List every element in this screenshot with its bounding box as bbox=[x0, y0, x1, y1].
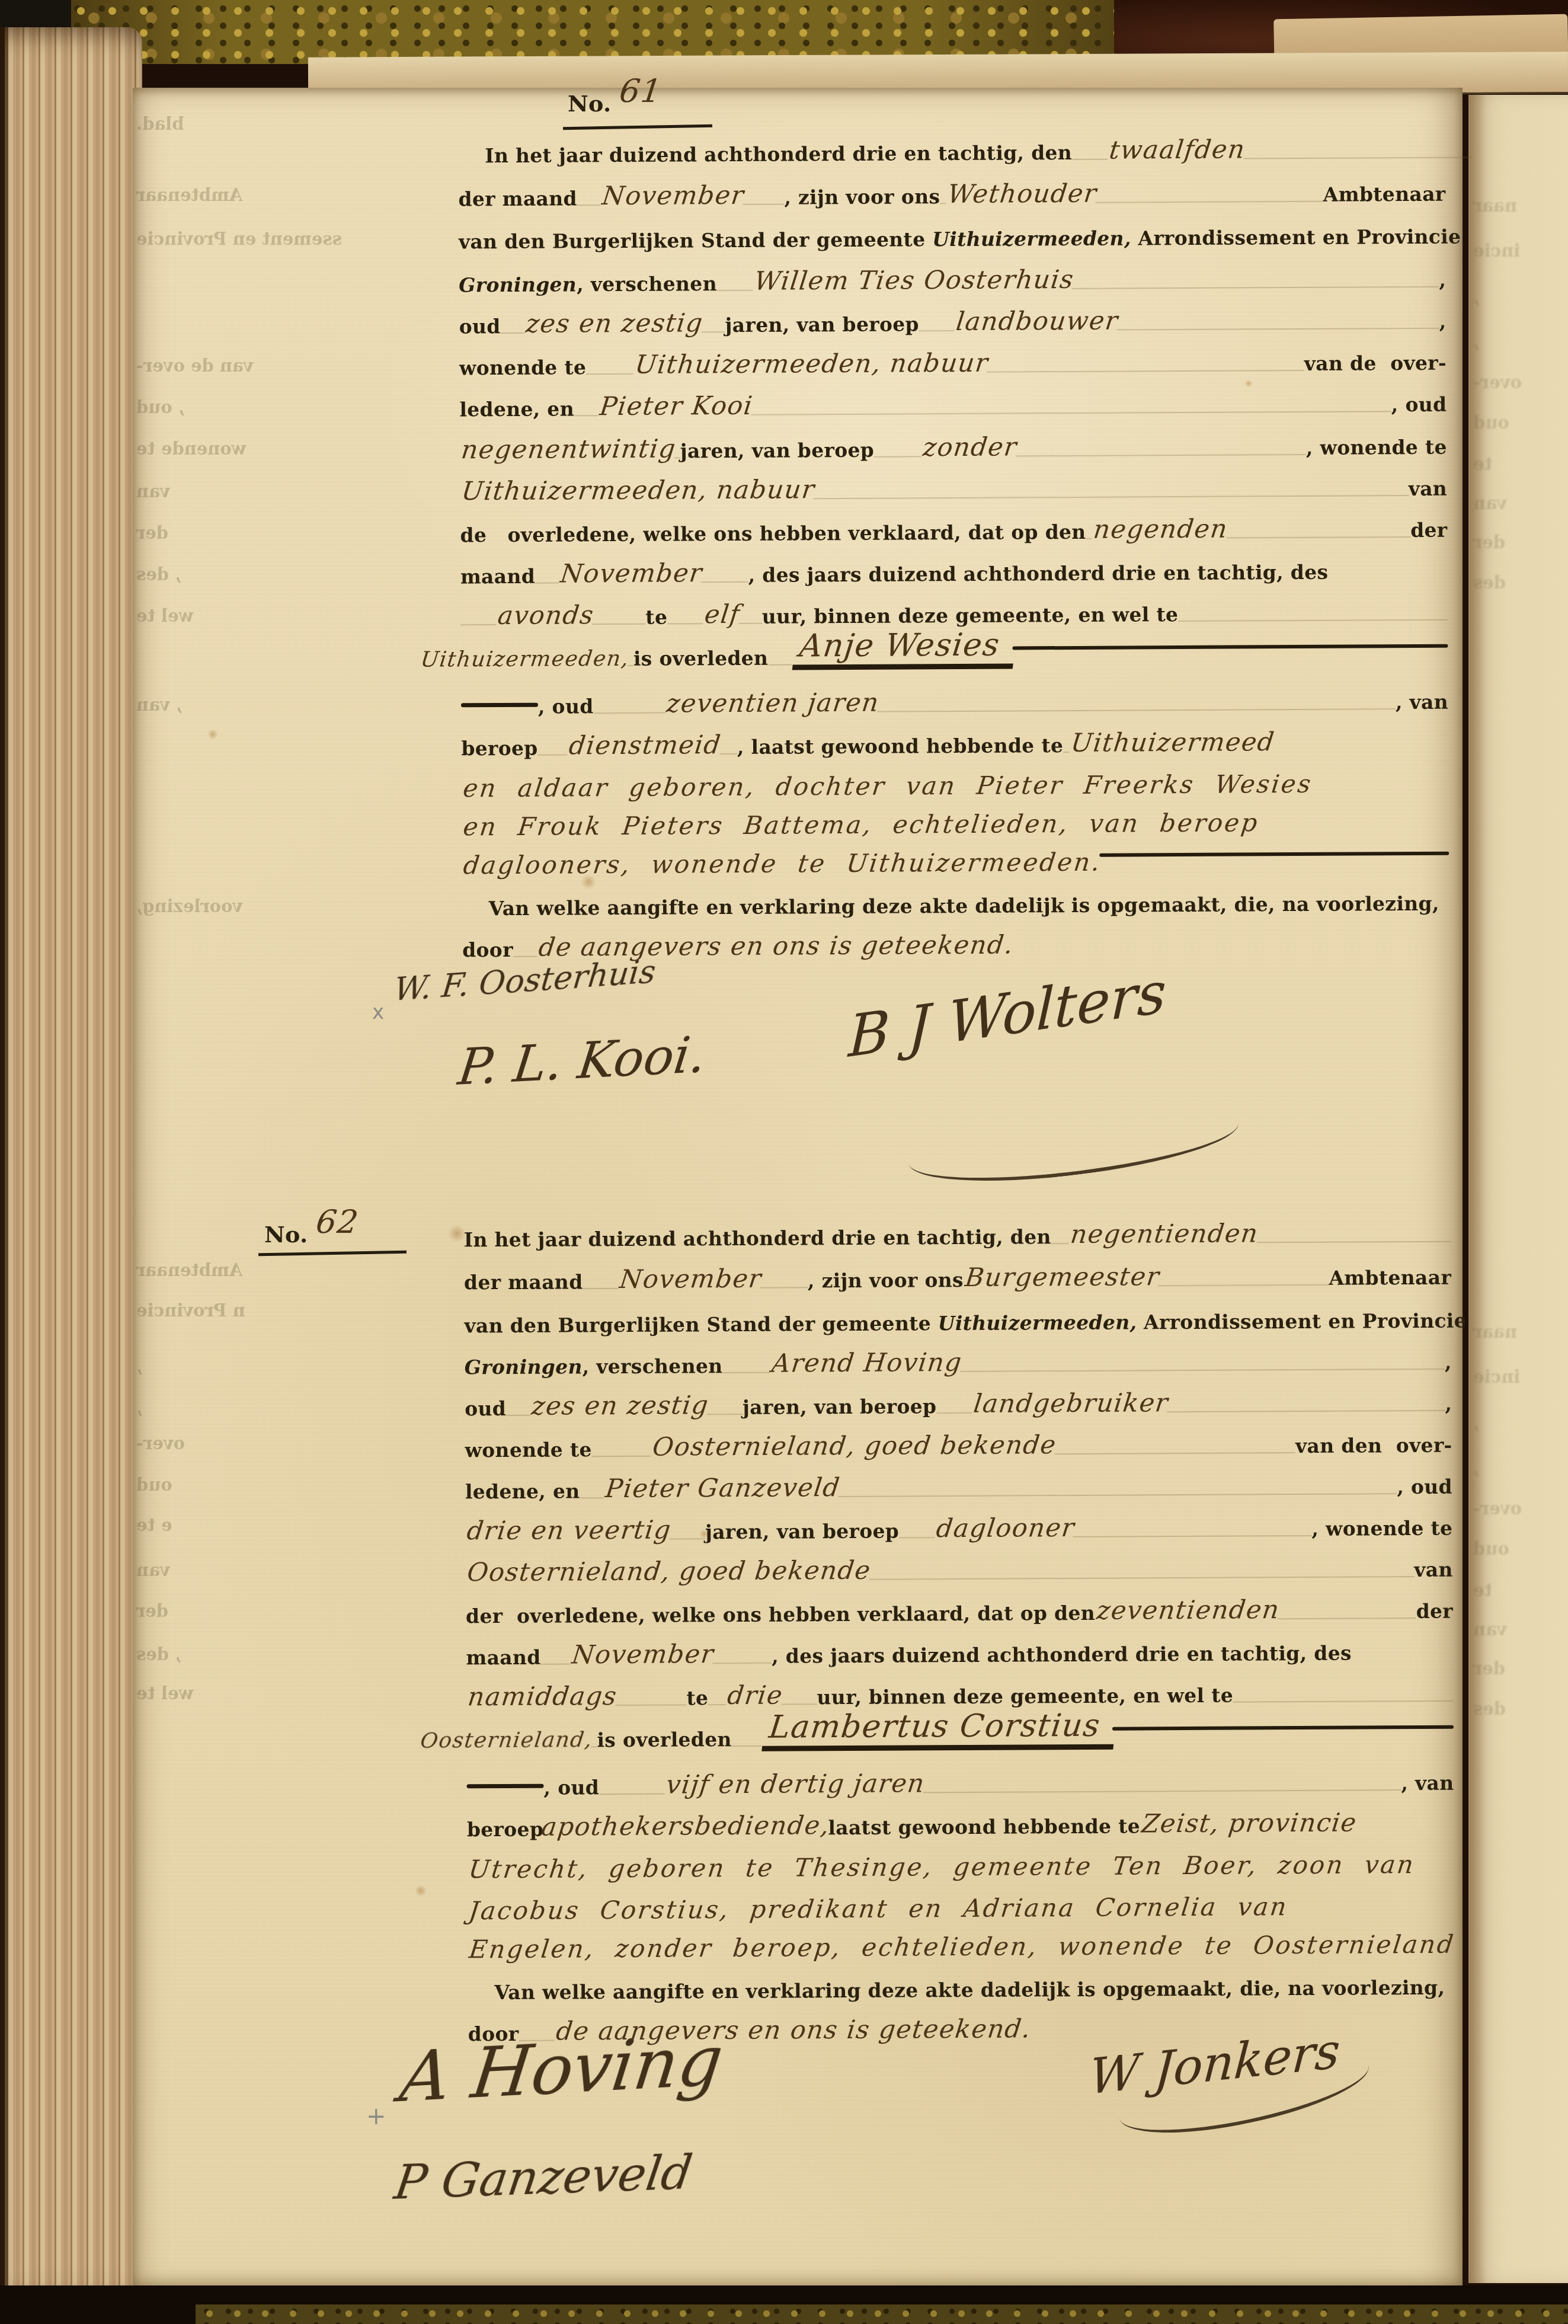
printed-text: , bbox=[1445, 1351, 1452, 1374]
printed-text: Ambtenaar bbox=[1329, 1266, 1451, 1290]
printed-text: , verschenen bbox=[583, 1354, 723, 1379]
handwritten-text: November bbox=[619, 1265, 764, 1294]
field-rule bbox=[708, 1704, 726, 1705]
field-rule bbox=[580, 1497, 604, 1498]
bleedthrough-text: oud bbox=[1473, 1539, 1509, 1559]
field-rule bbox=[923, 1789, 1401, 1793]
field-rule bbox=[541, 1663, 571, 1664]
signature: P Ganzeveld bbox=[391, 2144, 696, 2210]
foxing-spot bbox=[415, 1885, 427, 1897]
field-rule bbox=[869, 1576, 1415, 1580]
form-line: Utrecht, geboren te Thesinge, gemeente T… bbox=[467, 1843, 1454, 1884]
form-line: beroepapothekersbediende,laatst gewoond … bbox=[467, 1801, 1454, 1842]
printed-text: van bbox=[1414, 1558, 1453, 1582]
printed-text: der maand bbox=[464, 1271, 583, 1295]
form-line: Jacobus Corstius, predikant en Adriana C… bbox=[467, 1884, 1454, 1925]
printed-text: , oud bbox=[543, 1776, 599, 1800]
handwritten-text: drie bbox=[726, 1682, 785, 1710]
field-rule bbox=[1256, 1241, 1451, 1243]
handwritten-text: November bbox=[571, 1641, 716, 1670]
handwritten-text: Jacobus Corstius, predikant en Adriana C… bbox=[468, 1893, 1289, 1925]
printed-text: Arrondissement en Provincie bbox=[1137, 1309, 1467, 1335]
printed-text: jaren, van beroep bbox=[743, 1395, 937, 1420]
field-rule bbox=[732, 1746, 761, 1747]
bleedthrough-text: , bbox=[1473, 1413, 1479, 1433]
printed-text: wonende te bbox=[465, 1438, 591, 1463]
bleedthrough-text: , des bbox=[136, 1644, 181, 1664]
bleedthrough-right-lower: naarincie,,over-oudtevanderdes bbox=[1473, 0, 1562, 2324]
field-rule bbox=[1073, 1535, 1312, 1537]
field-rule bbox=[592, 1456, 651, 1457]
handwritten-text: negentienden bbox=[1069, 1220, 1260, 1249]
handwritten-text: drie en veertig bbox=[465, 1516, 673, 1545]
handwritten-text: zes en zestig bbox=[530, 1392, 710, 1421]
record-number-label: No. bbox=[264, 1221, 308, 1248]
handwritten-text: Oosternieland, goed bekende bbox=[466, 1556, 873, 1587]
printed-text: der overledene, welke ons hebben verklaa… bbox=[466, 1601, 1095, 1628]
field-rule bbox=[1158, 1284, 1329, 1287]
pencil-mark: x bbox=[372, 1000, 384, 1024]
pencil-mark: + bbox=[366, 2103, 386, 2130]
left-page-stack-edge bbox=[0, 27, 142, 2313]
printed-text: uur, binnen deze gemeente, en wel te bbox=[817, 1684, 1233, 1709]
bleedthrough-text: over- bbox=[136, 1433, 185, 1453]
field-rule bbox=[1167, 1410, 1445, 1412]
printed-text: , oud bbox=[1397, 1475, 1452, 1499]
printed-text: In het jaar duizend achthonderd drie en … bbox=[464, 1226, 1051, 1252]
form-line: , oudvijf en dertig jaren, van bbox=[466, 1760, 1454, 1801]
ink-dash bbox=[466, 1784, 543, 1789]
printed-text: , zijn voor ons bbox=[808, 1268, 964, 1293]
bleedthrough-text: des bbox=[1473, 1699, 1506, 1719]
handwritten-text: Utrecht, geboren te Thesinge, gemeente T… bbox=[467, 1851, 1416, 1884]
bleedthrough-text: , bbox=[1473, 1458, 1479, 1478]
handwritten-text: Zeist, provincie bbox=[1140, 1809, 1358, 1838]
printed-text: , bbox=[1445, 1392, 1452, 1416]
bleedthrough-text: incie bbox=[1473, 1367, 1520, 1387]
bleedthrough-text: naar bbox=[1473, 1322, 1517, 1342]
printed-text: is overleden bbox=[597, 1728, 732, 1752]
field-rule bbox=[591, 1746, 597, 1747]
printed-text: jaren, van beroep bbox=[705, 1520, 900, 1544]
handwritten-text: Oosternieland, goed bekende bbox=[651, 1431, 1058, 1462]
field-rule bbox=[1233, 1700, 1454, 1703]
form-line: In het jaar duizend achthonderd drie en … bbox=[463, 1211, 1451, 1252]
form-line: namiddagstedrieuur, binnen deze gemeente… bbox=[466, 1671, 1454, 1712]
bleedthrough-text: oud bbox=[136, 1475, 172, 1495]
scanned-register-page: blad.Ambtenaarssement en Provincievan de… bbox=[0, 0, 1568, 2324]
bleedthrough-text: te bbox=[1473, 1580, 1492, 1600]
printed-text: , des jaars duizend achthonderd drie en … bbox=[772, 1642, 1352, 1668]
field-rule bbox=[960, 1369, 1445, 1372]
field-rule bbox=[1051, 1243, 1069, 1244]
handwritten-text: vijf en dertig jaren bbox=[664, 1770, 926, 1799]
foxing-spot bbox=[448, 1225, 466, 1242]
bleedthrough-text: der bbox=[136, 1601, 168, 1621]
field-rule bbox=[670, 1538, 705, 1539]
handwritten-text: Engelen, zonder beroep, echtelieden, won… bbox=[468, 1930, 1457, 1963]
field-rule bbox=[712, 1663, 772, 1664]
handwritten-text: Lambertus Corstius bbox=[761, 1708, 1118, 1751]
printed-text: van den Burgerlijken Stand der gemeente bbox=[464, 1312, 938, 1338]
printed-text: , wonende te bbox=[1311, 1517, 1452, 1541]
bleedthrough-text: der bbox=[1473, 1658, 1505, 1679]
field-rule bbox=[506, 1415, 530, 1416]
printed-text: der bbox=[1416, 1600, 1454, 1623]
field-rule bbox=[899, 1537, 935, 1538]
printed-text: Groningen bbox=[465, 1356, 583, 1380]
printed-text: Uithuizermeeden, bbox=[938, 1311, 1137, 1335]
field-rule bbox=[615, 1704, 686, 1706]
printed-text: Van welke aangifte en verklaring deze ak… bbox=[494, 1976, 1445, 2005]
form-line: van den Burgerlijken Stand der gemeente … bbox=[464, 1297, 1451, 1338]
field-rule bbox=[599, 1794, 664, 1795]
form-line: ledene, enPieter Ganzeveld, oud bbox=[465, 1463, 1452, 1504]
handwritten-text: daglooner bbox=[935, 1514, 1076, 1543]
bleedthrough-text: , bbox=[136, 1356, 142, 1376]
printed-text: , van bbox=[1401, 1772, 1454, 1795]
handwritten-text: Burgemeester bbox=[964, 1263, 1161, 1292]
record-number-62: No.62 bbox=[264, 1214, 356, 1249]
ink-dash bbox=[1112, 1725, 1454, 1731]
bleedthrough-text: , bbox=[136, 1398, 142, 1418]
record-number-value: 62 bbox=[314, 1204, 361, 1239]
form-line: maandNovember, des jaars duizend achthon… bbox=[466, 1629, 1453, 1670]
bleedthrough-text: n Provincie bbox=[136, 1300, 245, 1321]
form-line: der overledene, welke ons hebben verklaa… bbox=[466, 1588, 1453, 1629]
bleedthrough-left-lower: Ambtenaarn Provincie,,over-oude tevander… bbox=[136, 0, 361, 2324]
bleedthrough-text: wel te bbox=[136, 1683, 193, 1703]
printed-text: laatst gewoond hebbende te bbox=[828, 1815, 1140, 1840]
form-line: oudzes en zestigjaren, van beroeplandgeb… bbox=[465, 1380, 1452, 1421]
printed-text: beroep bbox=[467, 1818, 544, 1842]
printed-text: te bbox=[686, 1687, 708, 1711]
handwritten-text: apothekersbediende, bbox=[540, 1812, 831, 1842]
form-line: Engelen, zonder beroep, echtelieden, won… bbox=[468, 1923, 1455, 1964]
handwritten-text: landgebruiker bbox=[972, 1389, 1170, 1418]
bleedthrough-text: over- bbox=[1473, 1498, 1522, 1519]
form-line: Oosternieland, goed bekendevan bbox=[465, 1546, 1452, 1587]
field-rule bbox=[583, 1288, 619, 1289]
field-rule bbox=[707, 1414, 743, 1415]
handwritten-text: namiddags bbox=[466, 1683, 619, 1712]
handwritten-text: zeventienden bbox=[1095, 1596, 1281, 1625]
form-line: wonende teOosternieland, goed bekendevan… bbox=[465, 1422, 1452, 1463]
field-rule bbox=[936, 1412, 972, 1414]
handwritten-text: Oosternieland, bbox=[419, 1729, 594, 1753]
form-line: drie en veertigjaren, van beroepdagloone… bbox=[465, 1505, 1452, 1546]
bleedthrough-text: van bbox=[136, 1560, 170, 1580]
field-rule bbox=[782, 1703, 817, 1705]
bleedthrough-text: Ambtenaar bbox=[136, 1260, 242, 1280]
field-rule bbox=[1055, 1452, 1295, 1455]
handwritten-text: Arend Hoving bbox=[770, 1349, 964, 1378]
printed-text: maand bbox=[466, 1646, 540, 1670]
form-line: Van welke aangifte en verklaring deze ak… bbox=[468, 1964, 1481, 2005]
handwritten-text: Pieter Ganzeveld bbox=[604, 1474, 841, 1503]
bleedthrough-text: van bbox=[1473, 1619, 1507, 1639]
field-rule bbox=[723, 1372, 770, 1373]
bleedthrough-text: e te bbox=[136, 1515, 172, 1535]
printed-text: van den over- bbox=[1295, 1434, 1452, 1458]
field-rule bbox=[838, 1493, 1397, 1497]
printed-text: ledene, en bbox=[465, 1480, 580, 1504]
form-line: Oosternieland,is overledenLambertus Cors… bbox=[466, 1712, 1454, 1753]
printed-text: oud bbox=[465, 1397, 506, 1421]
form-line: der maandNovember, zijn voor onsBurgemee… bbox=[464, 1254, 1451, 1295]
form-line: Groningen, verschenenArend Hoving, bbox=[465, 1339, 1452, 1380]
field-rule bbox=[1278, 1617, 1416, 1619]
field-rule bbox=[760, 1287, 808, 1288]
